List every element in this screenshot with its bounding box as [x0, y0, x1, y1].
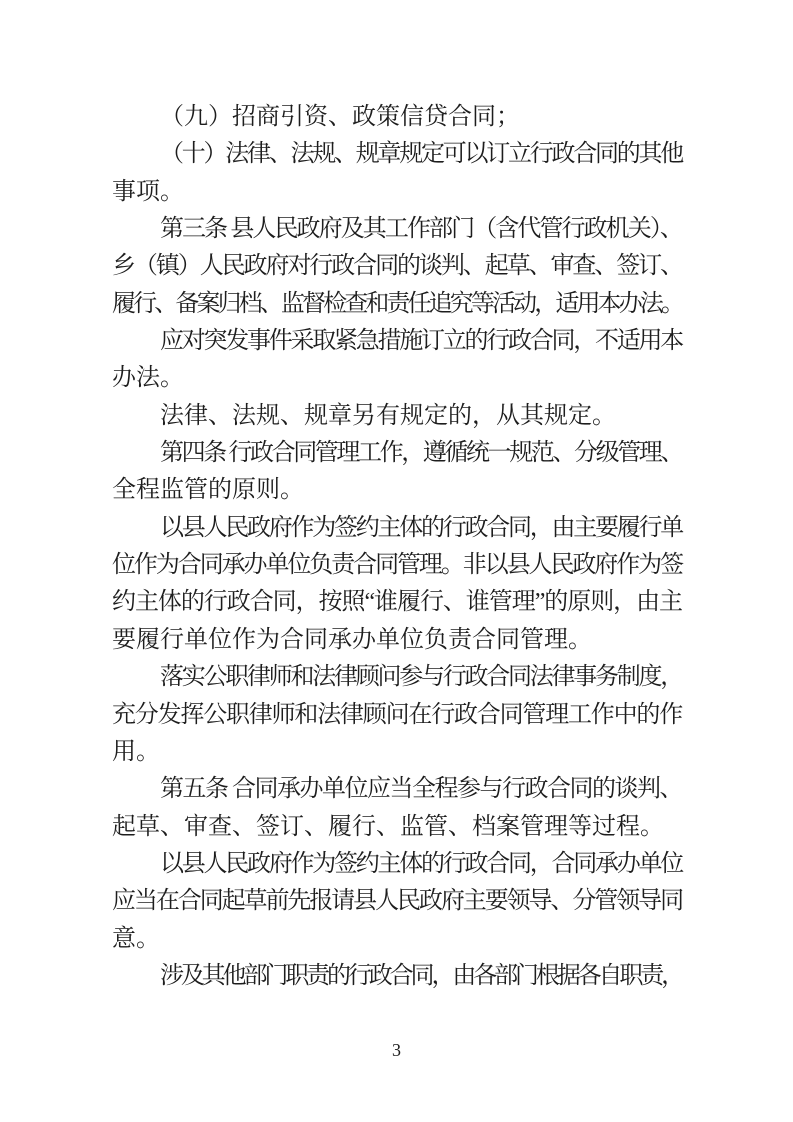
- text-line: 第四条 行政合同管理工作，遵循统一规范、分级管理、: [112, 435, 682, 472]
- text-line-content: 以县人民政府作为签约主体的行政合同，由主要履行单: [160, 515, 682, 541]
- text-line: 全程监管的原则。: [112, 472, 682, 509]
- text-line-content: （十）法律、法规、规章规定可以订立行政合同的其他: [160, 141, 682, 167]
- text-line: 第三条 县人民政府及其工作部门（含代管行政机关）、: [112, 211, 682, 248]
- text-line-content: 充分发挥公职律师和法律顾问在行政合同管理工作中的作: [112, 702, 682, 728]
- text-line-content: 履行、备案归档、监督检查和责任追究等活动，适用本办法。: [112, 291, 682, 317]
- text-line: 第五条 合同承办单位应当全程参与行政合同的谈判、: [112, 771, 682, 808]
- text-line-content: 涉及其他部门职责的行政合同，由各部门根据各自职责，: [160, 963, 682, 989]
- text-line-content: 应当在合同起草前先报请县人民政府主要领导、分管领导同: [112, 888, 682, 914]
- text-line: 位作为合同承办单位负责合同管理。非以县人民政府作为签: [112, 547, 682, 584]
- text-line: 办法。: [112, 360, 682, 397]
- text-line-content: 第三条 县人民政府及其工作部门（含代管行政机关）、: [160, 216, 682, 242]
- text-line: 充分发挥公职律师和法律顾问在行政合同管理工作中的作: [112, 697, 682, 734]
- text-line-content: 起草、审查、签订、履行、监管、档案管理等过程。: [112, 814, 664, 840]
- text-line: 落实公职律师和法律顾问参与行政合同法律事务制度，: [112, 659, 682, 696]
- text-line: 履行、备案归档、监督检查和责任追究等活动，适用本办法。: [112, 286, 682, 323]
- text-line: 涉及其他部门职责的行政合同，由各部门根据各自职责，: [112, 958, 682, 995]
- text-line-content: 事项。: [112, 179, 184, 205]
- text-line-content: 意。: [112, 926, 160, 952]
- text-line: 起草、审查、签订、履行、监管、档案管理等过程。: [112, 809, 682, 846]
- text-line: 以县人民政府作为签约主体的行政合同，合同承办单位: [112, 846, 682, 883]
- text-line: （十）法律、法规、规章规定可以订立行政合同的其他: [112, 136, 682, 173]
- text-line: 法律、法规、规章另有规定的，从其规定。: [112, 398, 682, 435]
- text-line: 乡（镇）人民政府对行政合同的谈判、起草、审查、签订、: [112, 248, 682, 285]
- text-line-content: 落实公职律师和法律顾问参与行政合同法律事务制度，: [160, 664, 682, 690]
- text-line-content: 约主体的行政合同，按照“谁履行、谁管理”的原则，由主: [112, 589, 682, 615]
- page-footer: 3: [0, 1041, 793, 1061]
- text-line: 应当在合同起草前先报请县人民政府主要领导、分管领导同: [112, 883, 682, 920]
- text-line: 事项。: [112, 174, 682, 211]
- text-line-content: 位作为合同承办单位负责合同管理。非以县人民政府作为签: [112, 552, 682, 578]
- text-line-content: 用。: [112, 739, 160, 765]
- text-line-content: 法律、法规、规章另有规定的，从其规定。: [160, 403, 616, 429]
- text-line: 用。: [112, 734, 682, 771]
- document-body: （九）招商引资、政策信贷合同；（十）法律、法规、规章规定可以订立行政合同的其他事…: [112, 99, 682, 995]
- text-line: 要履行单位作为合同承办单位负责合同管理。: [112, 622, 682, 659]
- text-line-content: 以县人民政府作为签约主体的行政合同，合同承办单位: [160, 851, 682, 877]
- text-line-content: 应对突发事件采取紧急措施订立的行政合同，不适用本: [160, 328, 682, 354]
- page-number: 3: [392, 1040, 401, 1060]
- text-line-content: 第四条 行政合同管理工作，遵循统一规范、分级管理、: [160, 440, 682, 466]
- text-line-content: 乡（镇）人民政府对行政合同的谈判、起草、审查、签订、: [112, 253, 682, 279]
- text-line-content: 办法。: [112, 365, 184, 391]
- text-line-content: （九）招商引资、政策信贷合同；: [160, 104, 520, 130]
- text-line-content: 第五条 合同承办单位应当全程参与行政合同的谈判、: [160, 776, 682, 802]
- text-line: 以县人民政府作为签约主体的行政合同，由主要履行单: [112, 510, 682, 547]
- text-line: 约主体的行政合同，按照“谁履行、谁管理”的原则，由主: [112, 584, 682, 621]
- text-line-content: 要履行单位作为合同承办单位负责合同管理。: [112, 627, 592, 653]
- text-line: （九）招商引资、政策信贷合同；: [112, 99, 682, 136]
- text-line-content: 全程监管的原则。: [112, 477, 304, 503]
- document-page: （九）招商引资、政策信贷合同；（十）法律、法规、规章规定可以订立行政合同的其他事…: [0, 0, 793, 1122]
- text-line: 应对突发事件采取紧急措施订立的行政合同，不适用本: [112, 323, 682, 360]
- text-line: 意。: [112, 921, 682, 958]
